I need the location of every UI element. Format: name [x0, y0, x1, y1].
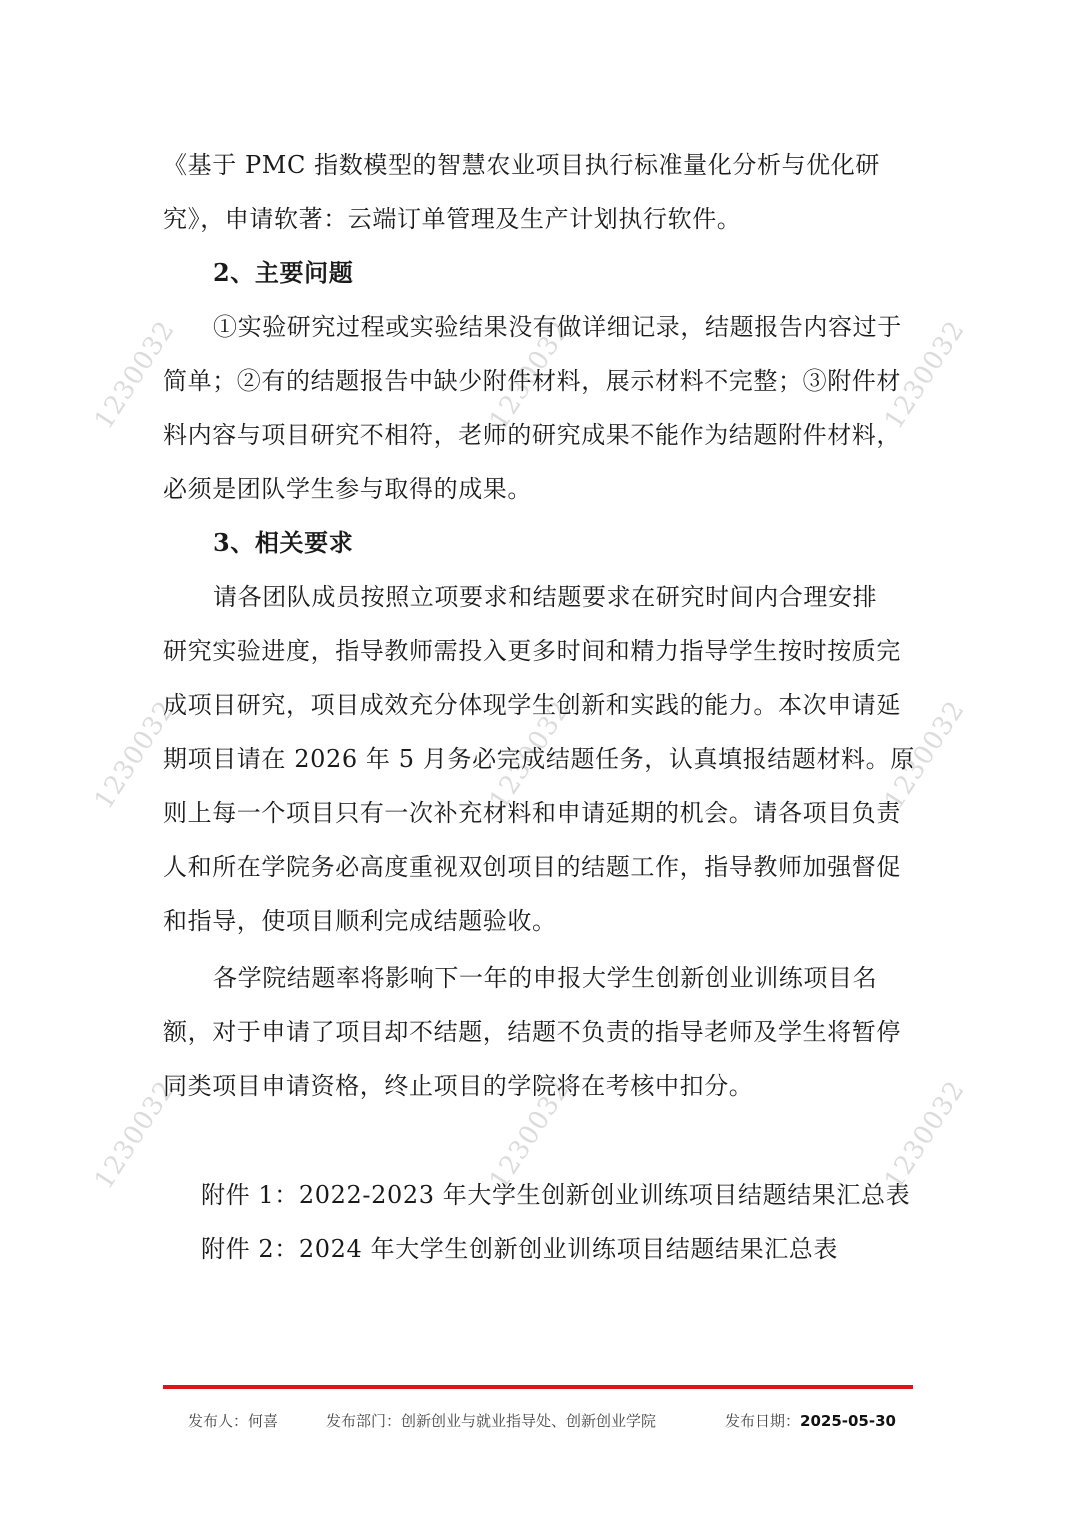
- department-name: 创新创业与就业指导处、创新创业学院: [401, 1412, 656, 1430]
- footer-date: 发布日期：2025-05-30: [725, 1410, 896, 1434]
- paragraph-line: 请各团队成员按照立项要求和结题要求在研究时间内合理安排: [213, 581, 877, 613]
- attachment-2: 附件 2：2024 年大学生创新创业训练项目结题结果汇总表: [201, 1233, 838, 1265]
- publish-date: 2025-05-30: [800, 1412, 896, 1430]
- section-heading-requirements: 3、相关要求: [213, 527, 353, 559]
- footer-department: 发布部门：创新创业与就业指导处、创新创业学院: [326, 1410, 656, 1434]
- document-page: 1230032 1230032 1230032 1230032 1230032 …: [0, 0, 1074, 1520]
- section-heading-main-issues: 2、主要问题: [213, 257, 353, 289]
- paragraph-line: 和指导，使项目顺利完成结题验收。: [163, 905, 557, 937]
- paragraph-line: 额，对于申请了项目却不结题，结题不负责的指导老师及学生将暂停: [163, 1016, 901, 1048]
- paragraph-line: 简单；②有的结题报告中缺少附件材料，展示材料不完整；③附件材: [163, 365, 901, 397]
- publisher-label: 发布人：: [188, 1412, 248, 1430]
- date-label: 发布日期：: [725, 1412, 800, 1430]
- paragraph-line: 必须是团队学生参与取得的成果。: [163, 473, 532, 505]
- paragraph-line: 人和所在学院务必高度重视双创项目的结题工作，指导教师加强督促: [163, 851, 901, 883]
- paragraph-line: 期项目请在 2026 年 5 月务必完成结题任务，认真填报结题材料。原: [163, 743, 915, 775]
- footer-divider: [163, 1385, 913, 1389]
- paragraph-line: 究》，申请软著：云端订单管理及生产计划执行软件。: [163, 203, 741, 235]
- paragraph-line: 则上每一个项目只有一次补充材料和申请延期的机会。请各项目负责: [163, 797, 901, 829]
- paragraph-line: 《基于 PMC 指数模型的智慧农业项目执行标准量化分析与优化研: [163, 149, 880, 181]
- paragraph-line: ①实验研究过程或实验结果没有做详细记录，结题报告内容过于: [213, 311, 902, 343]
- paragraph-line: 成项目研究，项目成效充分体现学生创新和实践的能力。本次申请延: [163, 689, 901, 721]
- paragraph-line: 研究实验进度，指导教师需投入更多时间和精力指导学生按时按质完: [163, 635, 901, 667]
- attachment-1: 附件 1：2022-2023 年大学生创新创业训练项目结题结果汇总表: [201, 1179, 910, 1211]
- publisher-name: 何喜: [248, 1412, 278, 1430]
- paragraph-line: 各学院结题率将影响下一年的申报大学生创新创业训练项目名: [213, 962, 877, 994]
- paragraph-line: 料内容与项目研究不相符，老师的研究成果不能作为结题附件材料，: [163, 419, 901, 451]
- department-label: 发布部门：: [326, 1412, 401, 1430]
- paragraph-line: 同类项目申请资格，终止项目的学院将在考核中扣分。: [163, 1070, 753, 1102]
- footer-publisher: 发布人：何喜: [188, 1410, 278, 1434]
